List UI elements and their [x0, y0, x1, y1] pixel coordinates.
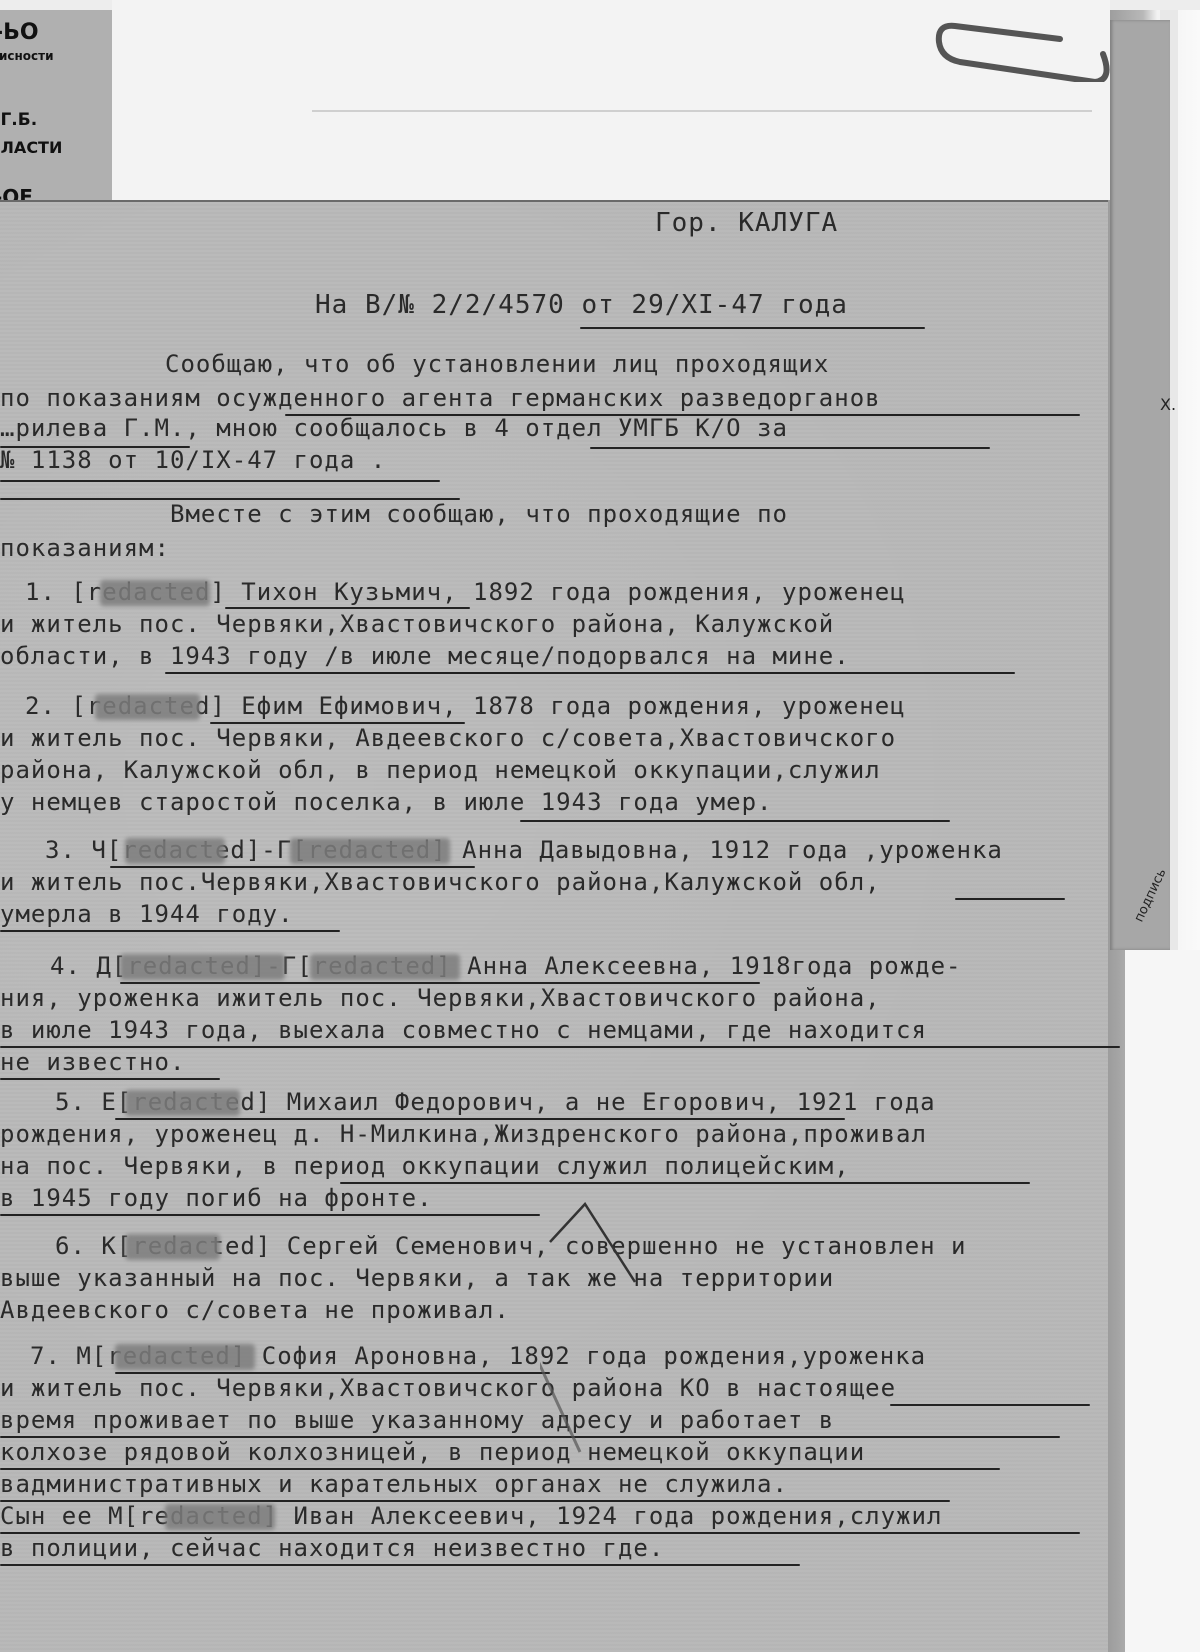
redacted-surname [290, 838, 450, 864]
paragraph-line: показаниям: [0, 536, 170, 560]
redacted-surname [125, 1090, 240, 1116]
intro-line: по показаниям осужденного агента германс… [0, 386, 881, 410]
entry-line: в июле 1943 года, выехала совместно с не… [0, 1018, 927, 1042]
underline [520, 820, 950, 822]
intro-line: № 1138 от 10/IX-47 года . [0, 448, 386, 472]
underline [0, 480, 440, 482]
pen-stroke [540, 1202, 660, 1462]
redacted-surname [120, 954, 285, 980]
entry-line: ния, уроженка ижитель пос. Червяки,Хваст… [0, 986, 881, 1010]
entry-line: и житель пос. Червяки, Авдеевского с/сов… [0, 726, 896, 750]
entry-line: умерла в 1944 году. [0, 902, 294, 926]
underline [0, 1564, 800, 1566]
redacted-surname [95, 694, 200, 720]
intro-line: …рилева Г.М., мною сообщалось в 4 отдел … [0, 416, 788, 440]
entry-line: вадминиcтративных и карательных органах … [0, 1472, 788, 1496]
redacted-surname [125, 838, 225, 864]
underline [955, 898, 1065, 900]
underline [0, 930, 340, 932]
paperclip-icon [935, 12, 1115, 82]
redacted-surname [100, 580, 210, 606]
stamp-line: -исности [0, 50, 54, 62]
redacted-surname [310, 954, 460, 980]
entry-line: Авдеевского с/совета не проживал. [0, 1298, 510, 1322]
redacted-surname [165, 1504, 275, 1530]
entry-line: Сын ее М[redacted] Иван Алексеевич, 1924… [0, 1504, 942, 1528]
entry-line: колхозе рядовой колхозницей, в период не… [0, 1440, 865, 1464]
underlying-white-sheet [1125, 950, 1200, 1652]
right-margin-mark: Х. [1160, 395, 1176, 414]
redacted-surname [115, 1344, 255, 1370]
entry-line: и житель пос. Червяки,Хвастовичского рай… [0, 612, 834, 636]
paragraph-line: Вместе с этим сообщаю, что проходящие по [170, 502, 788, 526]
underline [590, 447, 990, 449]
entry-line: области, в 1943 году /в июле месяце/подо… [0, 644, 850, 668]
underline [165, 672, 1015, 674]
reference-line: На В/№ 2/2/4570 от 29/XI-47 года [315, 292, 848, 318]
entry-line: рождения, уроженец д. Н-Милкина,Жиздренс… [0, 1122, 927, 1146]
entry-line: и житель пос.Червяки,Хвастовичского райо… [0, 870, 881, 894]
entry-line: и житель пос. Червяки,Хвастовичского рай… [0, 1376, 896, 1400]
underline [0, 1078, 220, 1080]
attached-side-flap [1110, 20, 1170, 950]
redacted-surname [125, 1234, 220, 1260]
intro-line: Сообщаю, что об установлении лиц проходя… [165, 352, 829, 376]
entry-line: района, Калужской обл, в период немецкой… [0, 758, 881, 782]
entry-line: на пос. Червяки, в период оккупации служ… [0, 1154, 850, 1178]
fold-line [312, 110, 1092, 112]
underline [0, 1214, 540, 1216]
document-page: Гор. КАЛУГА На В/№ 2/2/4570 от 29/XI-47 … [0, 200, 1108, 1652]
city-heading: Гор. КАЛУГА [655, 210, 838, 236]
entry-line: не известно. [0, 1050, 185, 1074]
entry-line: время проживает по выше указанному адрес… [0, 1408, 834, 1432]
underline [580, 327, 925, 329]
underline [340, 1182, 1030, 1184]
stamp-line: .Г.Б. [0, 112, 37, 129]
stamp-line: -ЛАСТИ [0, 140, 62, 156]
entry-line: у немцев старостой поселка, в июле 1943 … [0, 790, 772, 814]
underline [225, 607, 470, 609]
entry-line: в 1945 году погиб на фронте. [0, 1186, 433, 1210]
stamp-line: -ЬО [0, 22, 39, 44]
underline [890, 1404, 1090, 1406]
entry-line: выше указанный на пос. Червяки, а так же… [0, 1266, 834, 1290]
entry-line: в полиции, сейчас находится неизвестно г… [0, 1536, 664, 1560]
